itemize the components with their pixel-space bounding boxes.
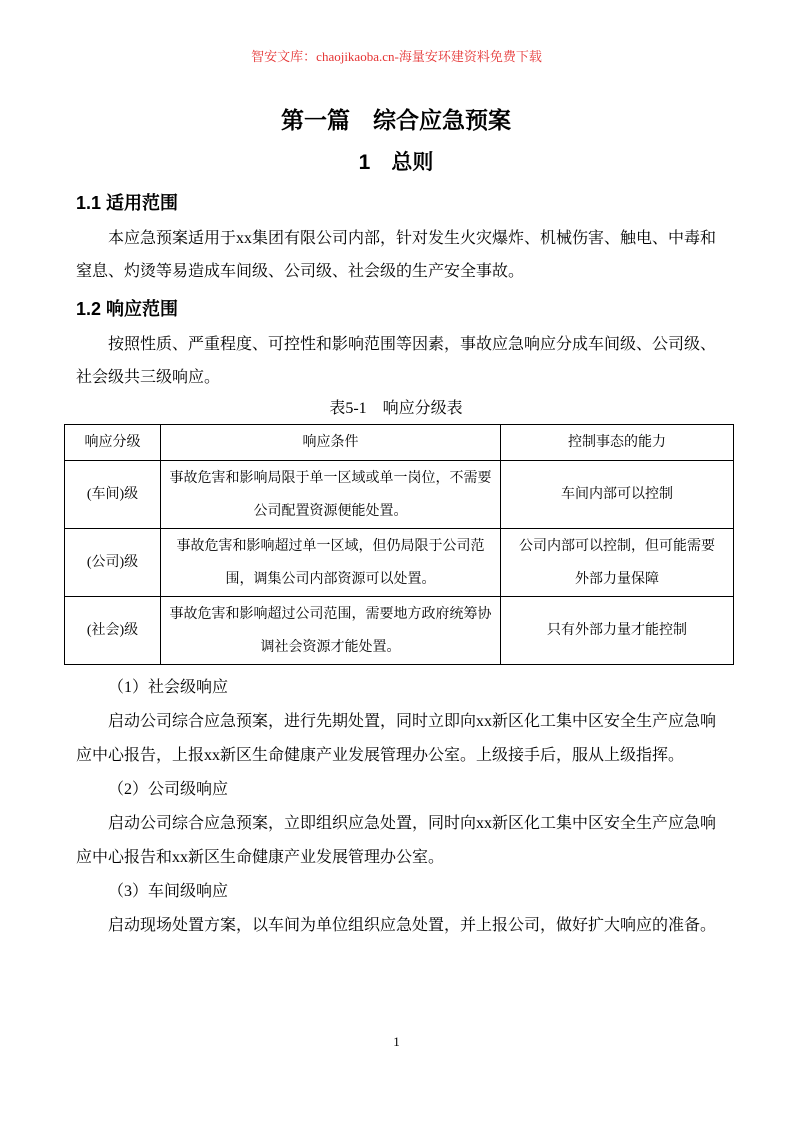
section-body-1-1: 本应急预案适用于xx集团有限公司内部，针对发生火灾爆炸、机械伤害、触电、中毒和窒… <box>76 222 716 288</box>
page-content: 第一篇 综合应急预案 1 总则 1.1 适用范围 本应急预案适用于xx集团有限公… <box>76 0 716 943</box>
list-item-body: 启动公司综合应急预案，立即组织应急处置，同时向xx新区化工集中区安全生产应急响应… <box>76 807 716 875</box>
response-list: （1）社会级响应 启动公司综合应急预案，进行先期处置，同时立即向xx新区化工集中… <box>76 671 716 943</box>
table-cell-level: (车间)级 <box>65 461 161 529</box>
table-header-condition: 响应条件 <box>161 425 501 461</box>
list-item-body: 启动公司综合应急预案，进行先期处置，同时立即向xx新区化工集中区安全生产应急响应… <box>76 705 716 773</box>
section-body-1-2: 按照性质、严重程度、可控性和影响范围等因素，事故应急响应分成车间级、公司级、社会… <box>76 328 716 394</box>
table-cell-capability: 车间内部可以控制 <box>501 461 734 529</box>
response-level-table: 响应分级 响应条件 控制事态的能力 (车间)级 事故危害和影响局限于单一区域或单… <box>64 424 734 665</box>
list-item-body: 启动现场处置方案，以车间为单位组织应急处置，并上报公司，做好扩大响应的准备。 <box>76 909 716 943</box>
table-header-row: 响应分级 响应条件 控制事态的能力 <box>65 425 734 461</box>
document-page: 智安文库：chaojikaoba.cn-海量安环建资料免费下载 第一篇 综合应急… <box>0 0 793 1122</box>
table-cell-capability: 只有外部力量才能控制 <box>501 597 734 665</box>
table-cell-condition: 事故危害和影响超过单一区域，但仍局限于公司范围，调集公司内部资源可以处置。 <box>161 529 501 597</box>
table-cell-capability: 公司内部可以控制，但可能需要外部力量保障 <box>501 529 734 597</box>
list-item: （3）车间级响应 启动现场处置方案，以车间为单位组织应急处置，并上报公司，做好扩… <box>76 875 716 943</box>
table-cell-level: (公司)级 <box>65 529 161 597</box>
section-heading-1-1: 1.1 适用范围 <box>76 188 716 218</box>
page-number: 1 <box>0 1034 793 1050</box>
table-row: (车间)级 事故危害和影响局限于单一区域或单一岗位，不需要公司配置资源便能处置。… <box>65 461 734 529</box>
table-cell-level: (社会)级 <box>65 597 161 665</box>
table-header-level: 响应分级 <box>65 425 161 461</box>
list-item-label: （2）公司级响应 <box>76 773 716 807</box>
section-heading-1-2: 1.2 响应范围 <box>76 294 716 324</box>
table-row: (社会)级 事故危害和影响超过公司范围，需要地方政府统筹协调社会资源才能处置。 … <box>65 597 734 665</box>
table-caption: 表5-1 响应分级表 <box>76 394 716 424</box>
table-cell-condition: 事故危害和影响局限于单一区域或单一岗位，不需要公司配置资源便能处置。 <box>161 461 501 529</box>
table-header-capability: 控制事态的能力 <box>501 425 734 461</box>
table-row: (公司)级 事故危害和影响超过单一区域，但仍局限于公司范围，调集公司内部资源可以… <box>65 529 734 597</box>
list-item-label: （3）车间级响应 <box>76 875 716 909</box>
list-item-label: （1）社会级响应 <box>76 671 716 705</box>
document-title: 第一篇 综合应急预案 <box>76 100 716 140</box>
chapter-heading: 1 总则 <box>76 144 716 182</box>
table-cell-condition: 事故危害和影响超过公司范围，需要地方政府统筹协调社会资源才能处置。 <box>161 597 501 665</box>
list-item: （2）公司级响应 启动公司综合应急预案，立即组织应急处置，同时向xx新区化工集中… <box>76 773 716 875</box>
list-item: （1）社会级响应 启动公司综合应急预案，进行先期处置，同时立即向xx新区化工集中… <box>76 671 716 773</box>
